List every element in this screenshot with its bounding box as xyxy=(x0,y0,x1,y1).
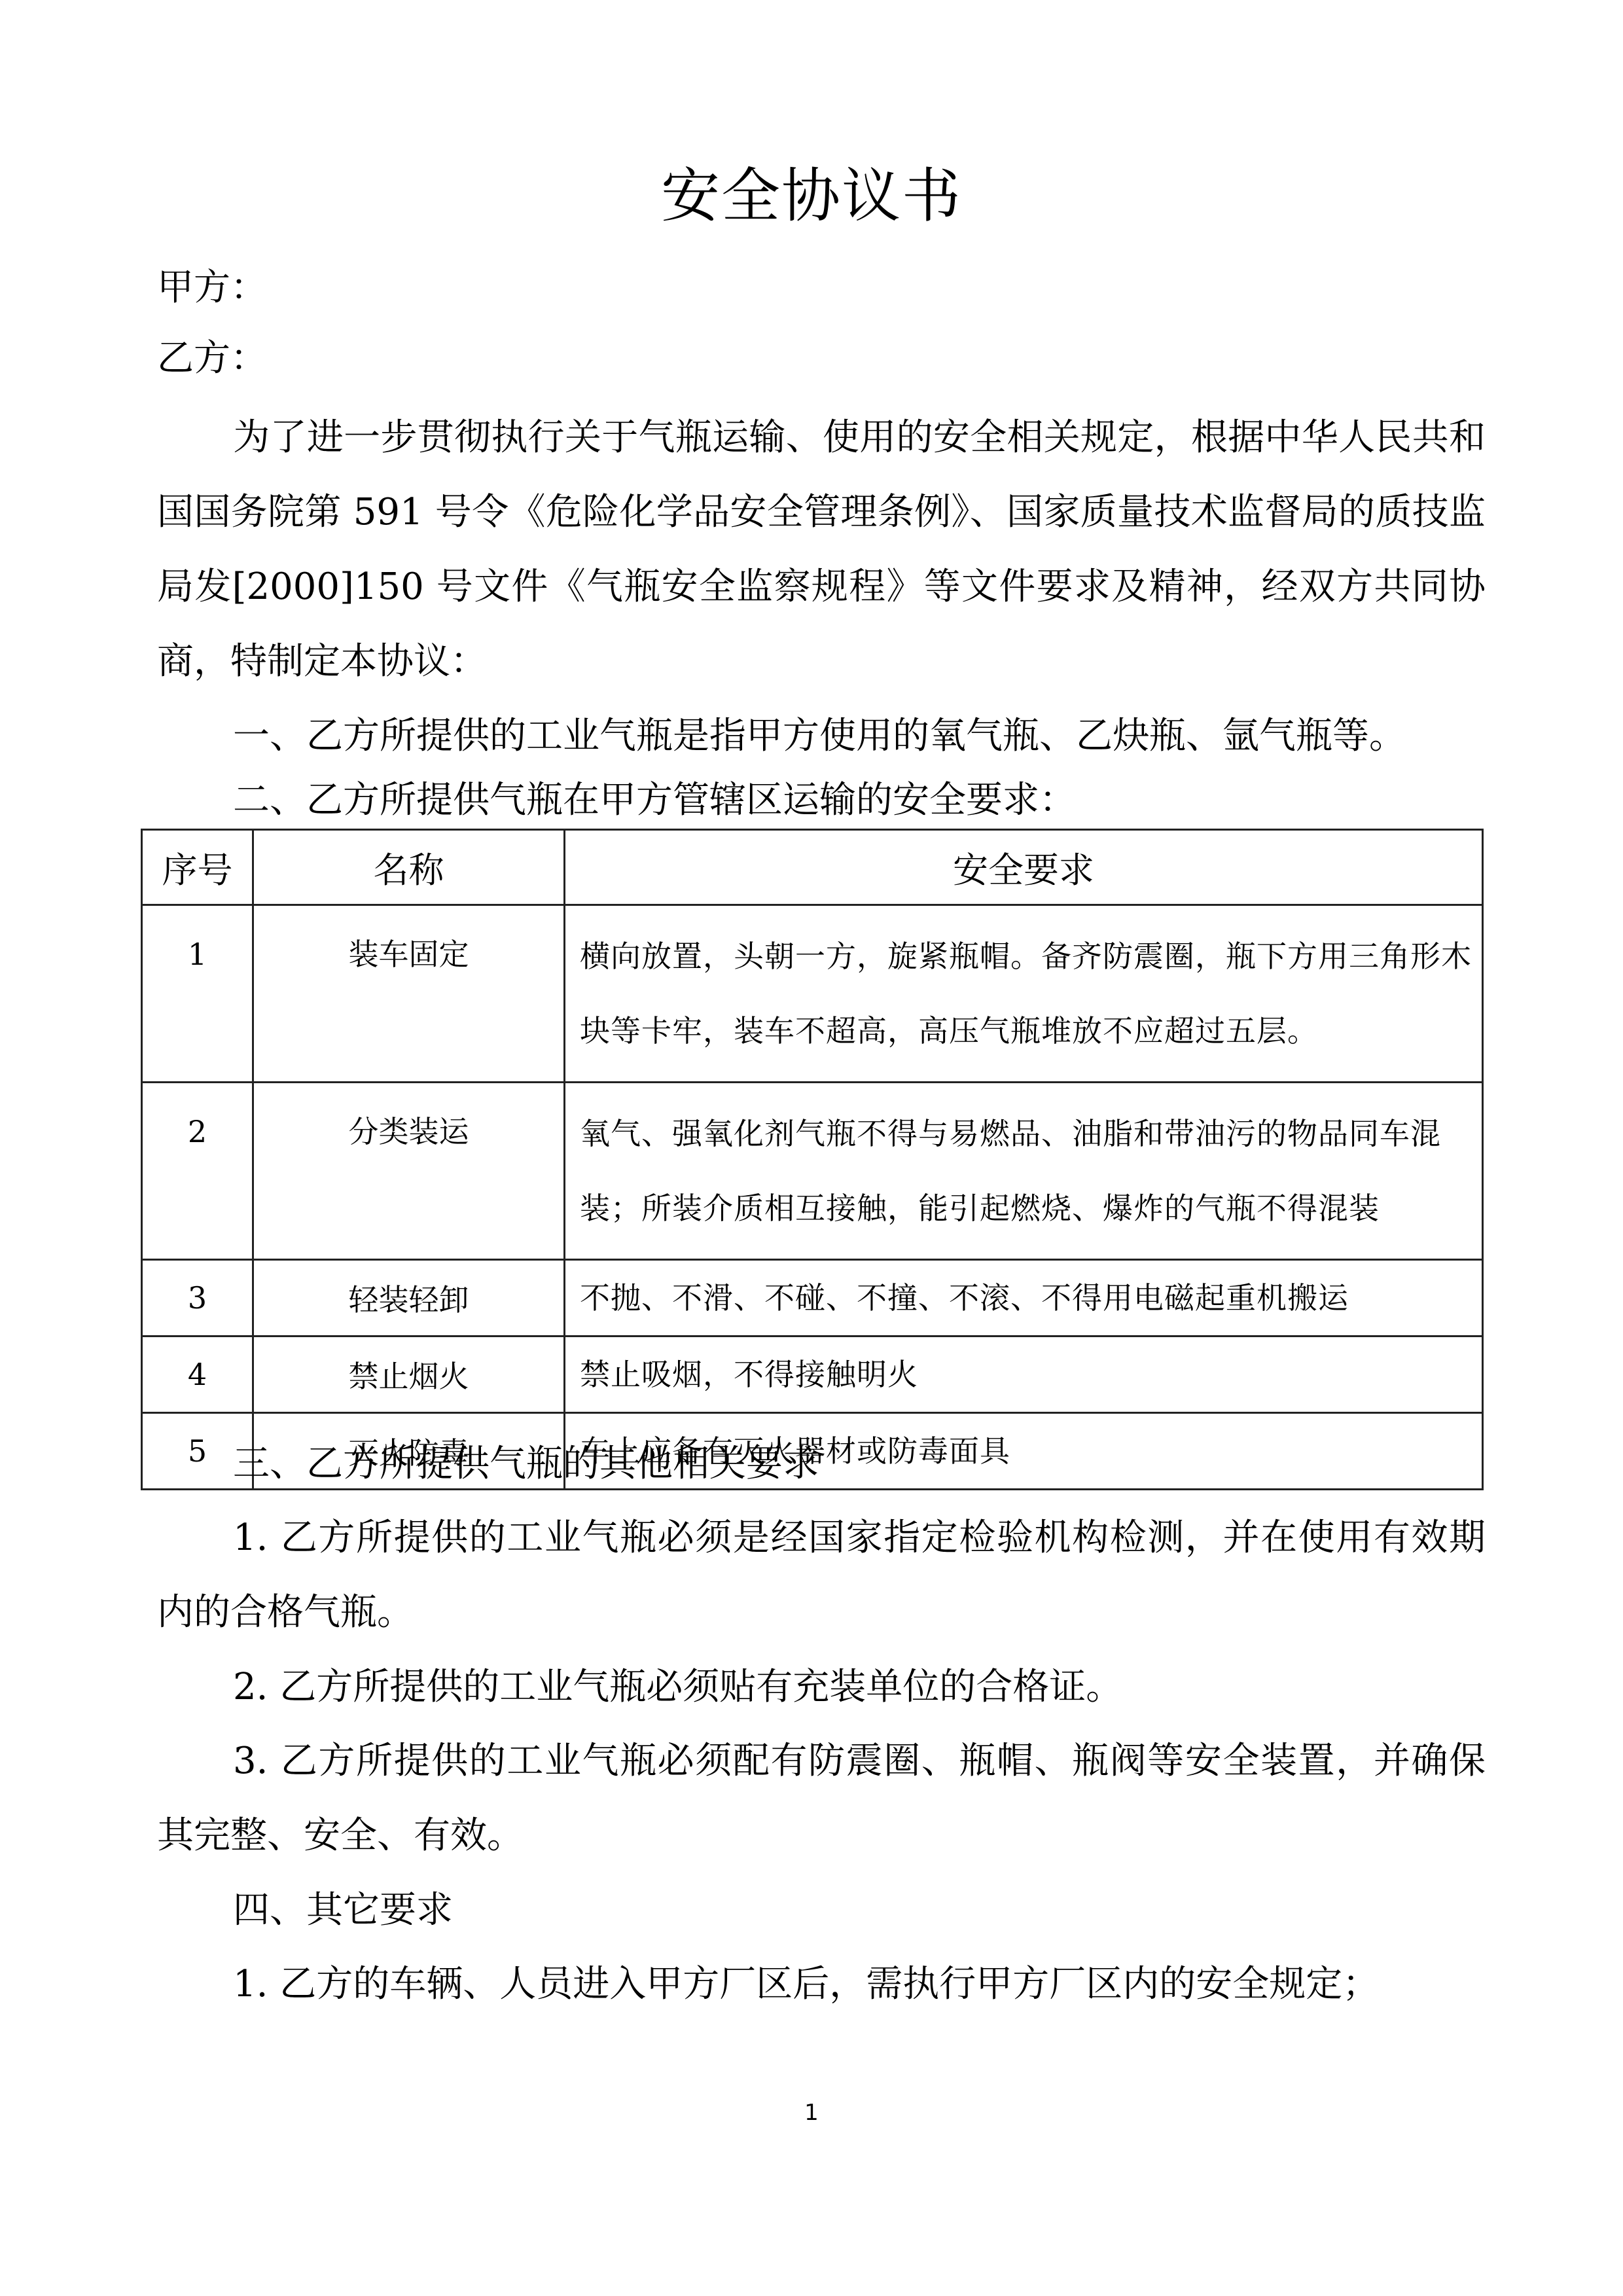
row-name: 轻装轻卸 xyxy=(253,1260,565,1336)
header-no: 序号 xyxy=(142,830,253,905)
safety-requirements-table: 序号 名称 安全要求 1 装车固定 横向放置，头朝一方，旋紧瓶帽。备齐防震圈，瓶… xyxy=(141,829,1484,1490)
section-2-heading: 二、乙方所提供气瓶在甲方管辖区运输的安全要求： xyxy=(157,763,1486,838)
header-requirement: 安全要求 xyxy=(565,830,1483,905)
table-header-row: 序号 名称 安全要求 xyxy=(142,830,1483,905)
row-no: 4 xyxy=(142,1336,253,1413)
row-no: 1 xyxy=(142,905,253,1083)
row-no: 2 xyxy=(142,1083,253,1260)
section-4-item-1: 1. 乙方的车辆、人员进入甲方厂区后，需执行甲方厂区内的安全规定； xyxy=(157,1947,1486,2022)
row-requirement-text: 禁止吸烟，不得接触明火 xyxy=(580,1337,1472,1412)
document-page: 安全协议书 甲方： 乙方： 为了进一步贯彻执行关于气瓶运输、使用的安全相关规定，… xyxy=(0,0,1623,2296)
section-3-item-2: 2. 乙方所提供的工业气瓶必须贴有充装单位的合格证。 xyxy=(157,1650,1486,1725)
party-b-label: 乙方： xyxy=(157,336,1486,382)
header-name: 名称 xyxy=(253,830,565,905)
section-3-heading-text: 三、乙方所提供气瓶的其他相关要求 xyxy=(233,1443,819,1485)
section-4-item-1-text: 1. 乙方的车辆、人员进入甲方厂区后，需执行甲方厂区内的安全规定； xyxy=(233,1963,1379,2005)
intro-paragraph-text: 为了进一步贯彻执行关于气瓶运输、使用的安全相关规定，根据中华人民共和国国务院第 … xyxy=(157,416,1486,683)
row-requirement: 禁止吸烟，不得接触明火 xyxy=(565,1336,1483,1413)
section-4-heading: 四、其它要求 xyxy=(157,1873,1486,1948)
section-1-text: 一、乙方所提供的工业气瓶是指甲方使用的氧气瓶、乙炔瓶、氩气瓶等。 xyxy=(233,715,1406,757)
section-1-clause: 一、乙方所提供的工业气瓶是指甲方使用的氧气瓶、乙炔瓶、氩气瓶等。 xyxy=(157,699,1486,774)
document-title: 安全协议书 xyxy=(0,160,1623,232)
intro-paragraph: 为了进一步贯彻执行关于气瓶运输、使用的安全相关规定，根据中华人民共和国国务院第 … xyxy=(157,401,1486,699)
row-no: 3 xyxy=(142,1260,253,1336)
row-requirement: 横向放置，头朝一方，旋紧瓶帽。备齐防震圈，瓶下方用三角形木块等卡牢，装车不超高，… xyxy=(565,905,1483,1083)
row-name: 禁止烟火 xyxy=(253,1336,565,1413)
section-3-item-3-text: 3. 乙方所提供的工业气瓶必须配有防震圈、瓶帽、瓶阀等安全装置，并确保其完整、安… xyxy=(157,1740,1486,1857)
row-requirement: 氧气、强氧化剂气瓶不得与易燃品、油脂和带油污的物品同车混装；所装介质相互接触，能… xyxy=(565,1083,1483,1260)
table-row: 2 分类装运 氧气、强氧化剂气瓶不得与易燃品、油脂和带油污的物品同车混装；所装介… xyxy=(142,1083,1483,1260)
row-requirement: 不抛、不滑、不碰、不撞、不滚、不得用电磁起重机搬运 xyxy=(565,1260,1483,1336)
row-requirement-text: 横向放置，头朝一方，旋紧瓶帽。备齐防震圈，瓶下方用三角形木块等卡牢，装车不超高，… xyxy=(580,919,1472,1068)
row-name: 装车固定 xyxy=(253,905,565,1083)
row-requirement-text: 不抛、不滑、不碰、不撞、不滚、不得用电磁起重机搬运 xyxy=(580,1261,1472,1335)
section-3-item-1: 1. 乙方所提供的工业气瓶必须是经国家指定检验机构检测，并在使用有效期内的合格气… xyxy=(157,1501,1486,1650)
section-3-item-3: 3. 乙方所提供的工业气瓶必须配有防震圈、瓶帽、瓶阀等安全装置，并确保其完整、安… xyxy=(157,1724,1486,1873)
table-row: 1 装车固定 横向放置，头朝一方，旋紧瓶帽。备齐防震圈，瓶下方用三角形木块等卡牢… xyxy=(142,905,1483,1083)
section-4-heading-text: 四、其它要求 xyxy=(233,1889,453,1931)
section-3-heading: 三、乙方所提供气瓶的其他相关要求 xyxy=(157,1427,1486,1501)
section-3-item-1-text: 1. 乙方所提供的工业气瓶必须是经国家指定检验机构检测，并在使用有效期内的合格气… xyxy=(157,1516,1486,1634)
row-requirement-text: 氧气、强氧化剂气瓶不得与易燃品、油脂和带油污的物品同车混装；所装介质相互接触，能… xyxy=(580,1096,1472,1246)
row-name: 分类装运 xyxy=(253,1083,565,1260)
section-3-item-2-text: 2. 乙方所提供的工业气瓶必须贴有充装单位的合格证。 xyxy=(233,1666,1122,1708)
section-2-text: 二、乙方所提供气瓶在甲方管辖区运输的安全要求： xyxy=(233,779,1076,821)
party-a-label: 甲方： xyxy=(157,265,1486,311)
page-number: 1 xyxy=(0,2100,1623,2126)
table-row: 3 轻装轻卸 不抛、不滑、不碰、不撞、不滚、不得用电磁起重机搬运 xyxy=(142,1260,1483,1336)
table-row: 4 禁止烟火 禁止吸烟，不得接触明火 xyxy=(142,1336,1483,1413)
